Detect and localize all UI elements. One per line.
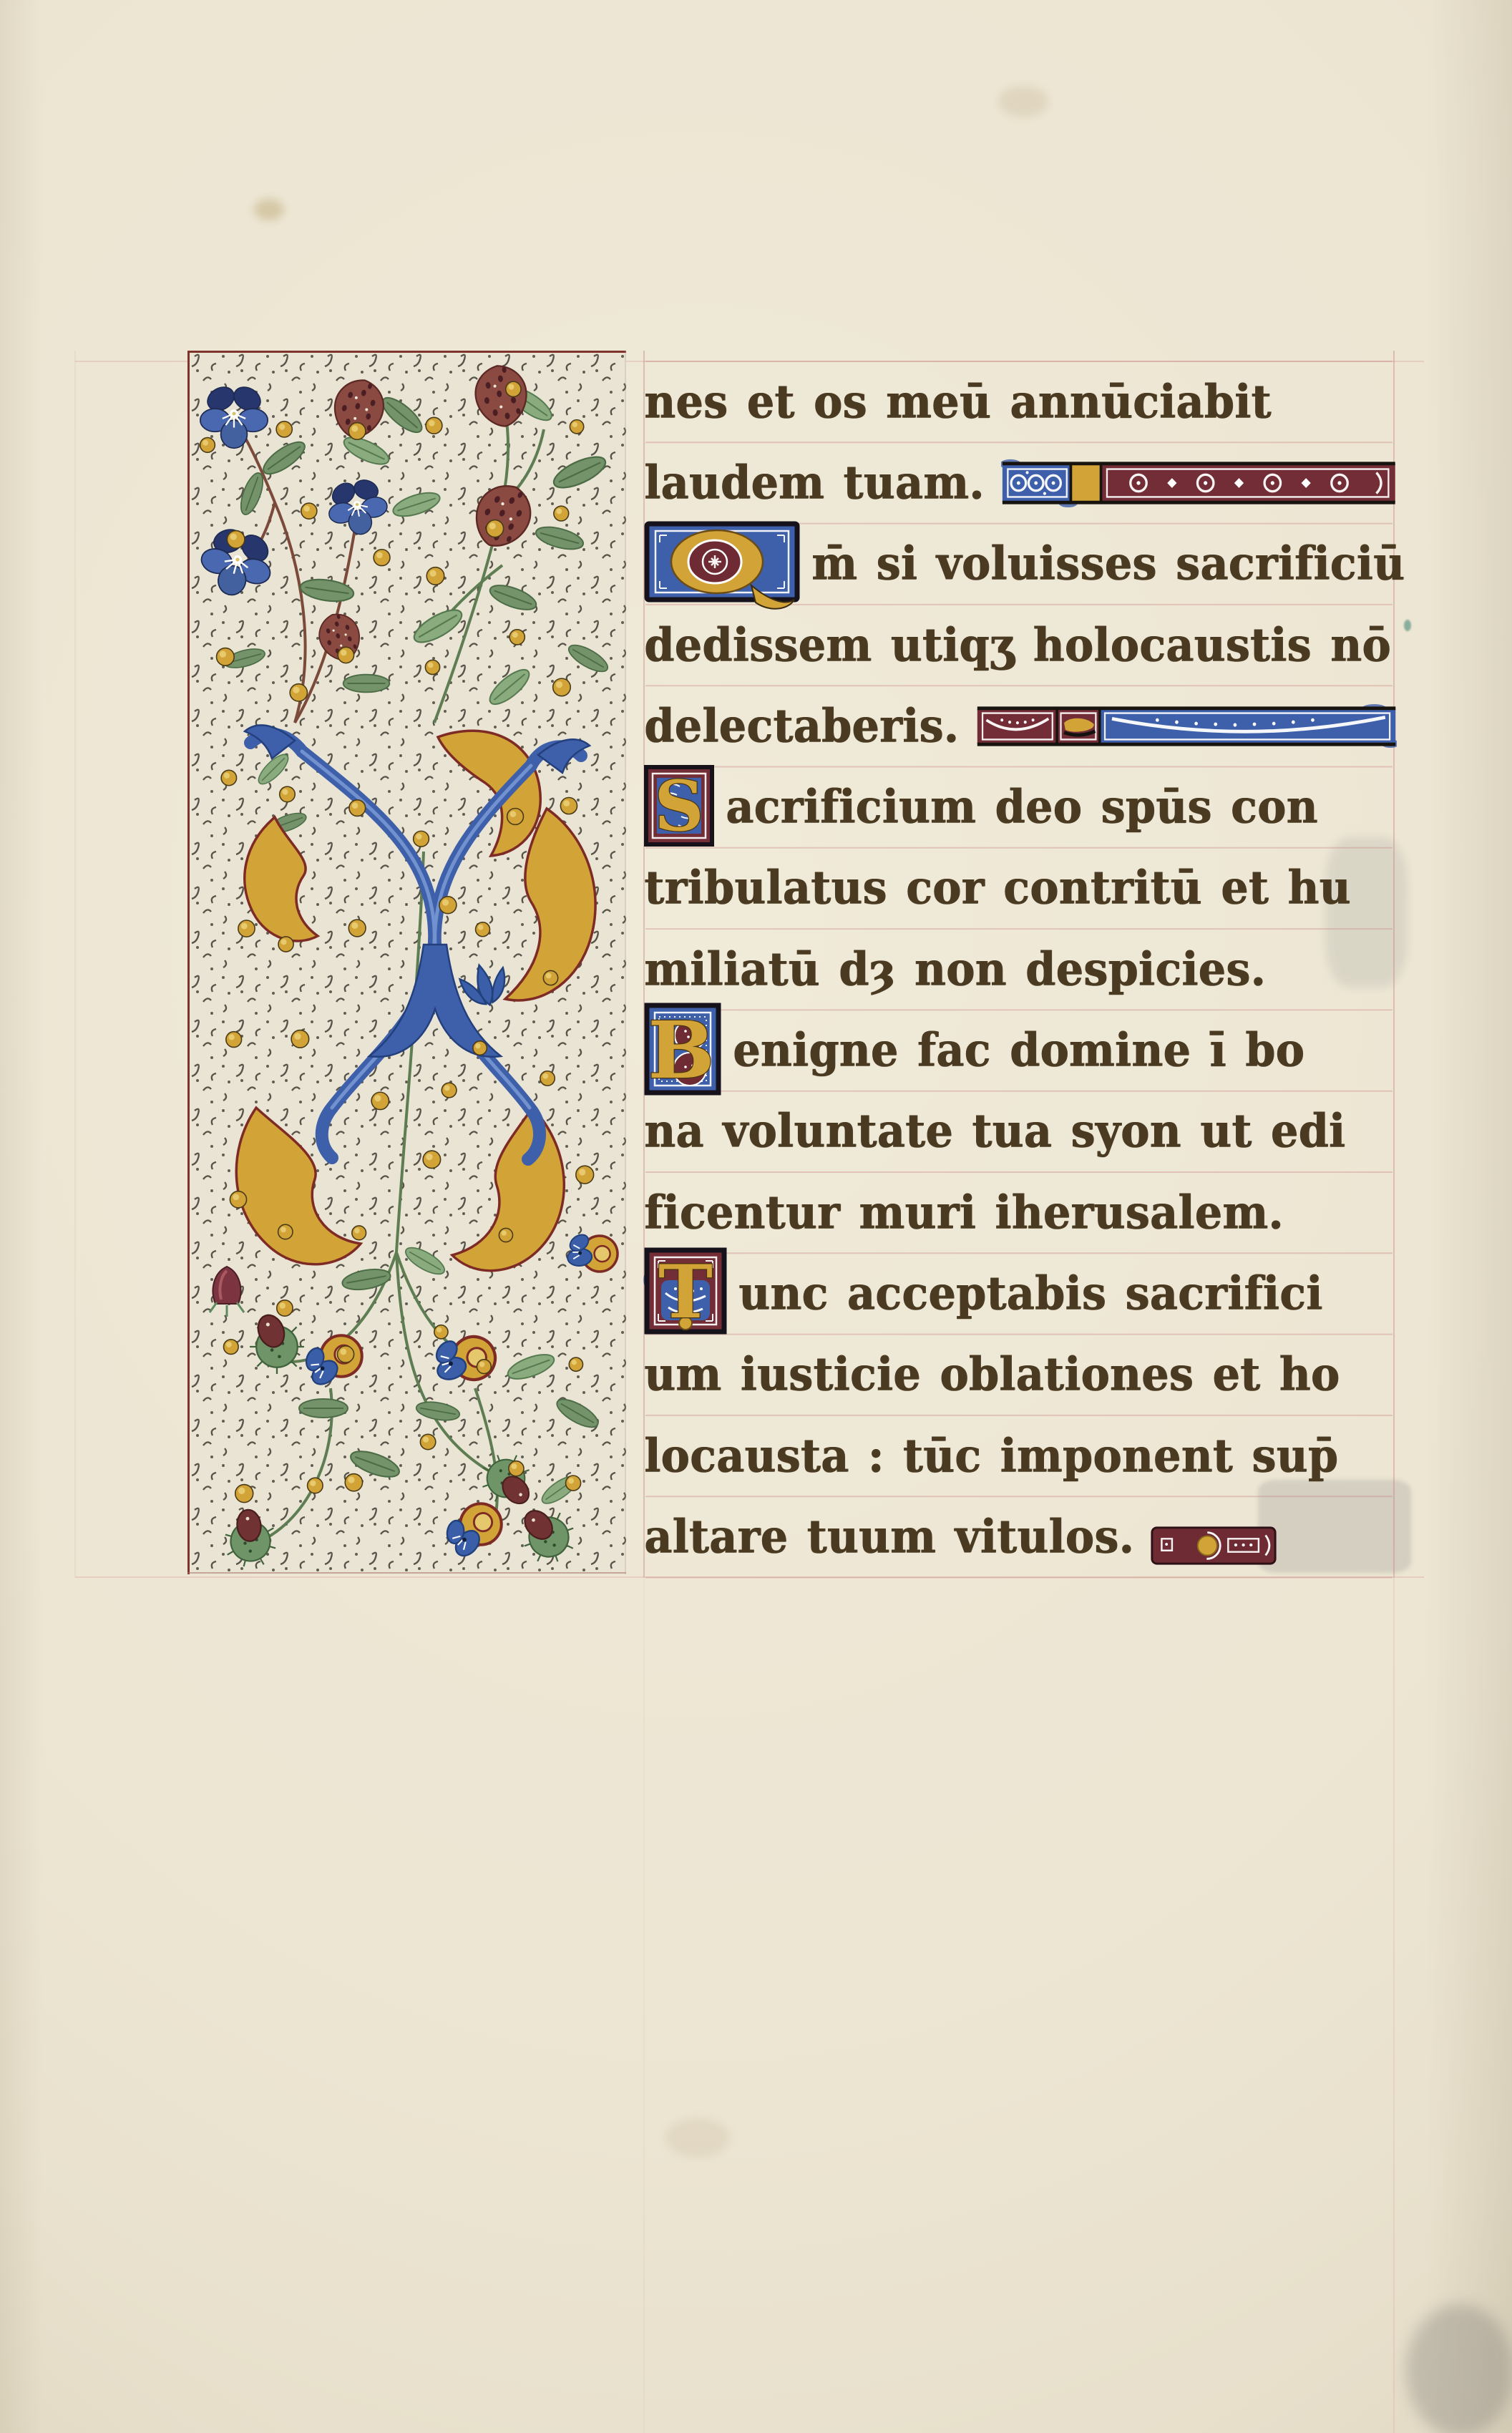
text-line: locausta : tūc imponent sup̄ <box>644 1415 1397 1496</box>
text-line: na voluntate tua syon ut edi <box>644 1091 1397 1172</box>
latin-text: dedissem utiqʒ holocaustis nō <box>644 622 1391 668</box>
latin-text: na voluntate tua syon ut edi <box>644 1108 1345 1154</box>
text-line: miliatū dȝ non despicies. <box>644 929 1397 1010</box>
line-filler-circles <box>1001 457 1397 509</box>
text-line: altare tuum vitulos. <box>644 1496 1397 1577</box>
text-line: S acrificium deo spūs con <box>644 766 1397 847</box>
latin-text: miliatū dȝ non despicies. <box>644 947 1266 993</box>
latin-text: altare tuum vitulos. <box>644 1514 1134 1560</box>
floral-border-panel <box>187 351 626 1574</box>
manuscript-page-scan: { "page": { "type": "Book of Hours manus… <box>0 0 1512 2433</box>
text-line: tribulatus cor contritū et hu <box>644 848 1397 929</box>
line-filler-swags <box>976 703 1397 749</box>
latin-text: enigne fac domine ī bo <box>733 1028 1304 1073</box>
illuminated-initial-T: T <box>644 1247 727 1340</box>
initial-letter: S <box>654 766 703 847</box>
latin-text: delectaberis. <box>644 703 959 749</box>
text-line: delectaberis. <box>644 686 1397 766</box>
text-block: nes et os meū annūciabit laudem tuam. <box>644 361 1397 1577</box>
text-line: Q m̄ si voluisses sacrificiū <box>644 524 1397 605</box>
latin-text: locausta : tūc imponent sup̄ <box>644 1433 1338 1478</box>
latin-text: tribulatus cor contritū et hu <box>644 865 1350 911</box>
latin-text: m̄ si voluisses sacrificiū <box>811 541 1405 587</box>
text-line: T unc acceptabis sacrifici <box>644 1253 1397 1334</box>
latin-text: unc acceptabis sacrifici <box>738 1271 1322 1317</box>
illuminated-initial-B: B <box>644 1003 721 1098</box>
text-line: laudem tuam. <box>644 442 1397 523</box>
text-line: dedissem utiqʒ holocaustis nō <box>644 605 1397 686</box>
text-line: nes et os meū annūciabit <box>644 361 1397 442</box>
illuminated-initial-Q: Q <box>644 521 801 607</box>
initial-letter: B <box>648 1004 715 1096</box>
line-filler-short <box>1148 1523 1279 1566</box>
latin-text: um iusticie oblationes et ho <box>644 1352 1340 1398</box>
latin-text: ficentur muri iherusalem. <box>644 1190 1284 1236</box>
illuminated-initial-S: S <box>644 765 714 849</box>
text-line: ficentur muri iherusalem. <box>644 1172 1397 1253</box>
text-line: B enigne fac domine ī bo <box>644 1010 1397 1091</box>
latin-text: nes et os meū annūciabit <box>644 379 1272 425</box>
initial-letter: T <box>658 1249 713 1335</box>
latin-text: acrificium deo spūs con <box>726 784 1317 830</box>
text-line: um iusticie oblationes et ho <box>644 1335 1397 1415</box>
latin-text: laudem tuam. <box>644 460 984 506</box>
